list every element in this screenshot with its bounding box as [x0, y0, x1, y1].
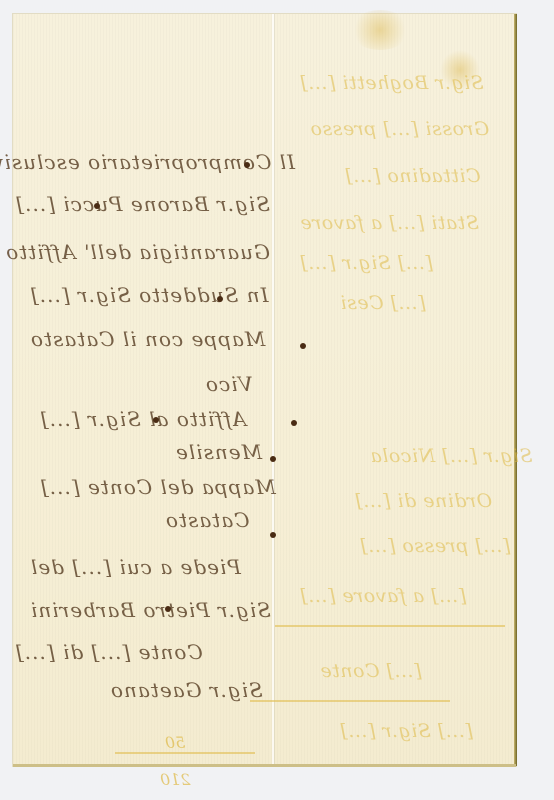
bleed-line: Sig.r [...] Nicola: [370, 445, 533, 467]
bleed-line: [...] Sig.r [...]: [340, 720, 473, 742]
page-number-bottom: 210: [160, 770, 191, 789]
ink-blot: [270, 532, 276, 538]
bleed-line: [...] Cesi: [340, 292, 426, 314]
text-line: In Suddetto Sig.r [...]: [30, 283, 270, 307]
bleed-rule: [275, 625, 505, 627]
ink-blot: [300, 343, 306, 349]
text-line: Sig.r Pietro Barberini: [30, 598, 275, 622]
ink-blot: [165, 606, 171, 612]
bleed-line: Ordine di [...]: [355, 490, 492, 512]
bleed-line: [...] presso [...]: [360, 535, 510, 557]
ink-blot: [270, 456, 276, 462]
bleed-line: [...] Conte: [320, 660, 422, 682]
ink-blot: [153, 417, 159, 423]
bleed-line: Cittadino [...]: [345, 165, 481, 187]
text-line: Il Comproprietario esclusivo: [35, 150, 295, 174]
ink-blot: [217, 296, 223, 302]
text-line: Conte [...] di [...]: [15, 640, 275, 664]
ink-blot: [244, 162, 250, 168]
page-number-top: 50: [165, 733, 185, 752]
bleed-line: Stati [...] a favore: [300, 212, 479, 234]
text-line: Mensile: [175, 440, 265, 464]
bleed-line: [...] Sig.r [...]: [300, 252, 433, 274]
text-line: Mappe con il Catasto: [30, 327, 270, 351]
text-line: Guarantigia dell' Affitto: [30, 240, 270, 264]
bleed-line: Sig.r Boghetti [...]: [300, 72, 484, 94]
text-line: Sig.r Gaetano: [110, 678, 270, 702]
text-line: Mappa del Conte [...]: [40, 475, 280, 499]
ink-blot: [94, 203, 100, 209]
bleed-rule: [250, 700, 450, 702]
text-line: Affitto al Sig.r [...]: [40, 407, 280, 431]
bleed-line: Grossi [...] presso: [310, 118, 489, 140]
text-line: Vico: [205, 372, 265, 396]
ink-blot: [291, 420, 297, 426]
text-line: Catasto: [165, 508, 265, 532]
number-divider: [115, 752, 255, 754]
text-line: Sig.r Barone Pucci [...]: [30, 192, 270, 216]
bleed-through-text: Sig.r Boghetti [...] Grossi [...] presso…: [0, 0, 554, 800]
text-line: Piede a cui [...] del: [30, 555, 280, 579]
bleed-line: [...] a favore [...]: [300, 585, 466, 607]
